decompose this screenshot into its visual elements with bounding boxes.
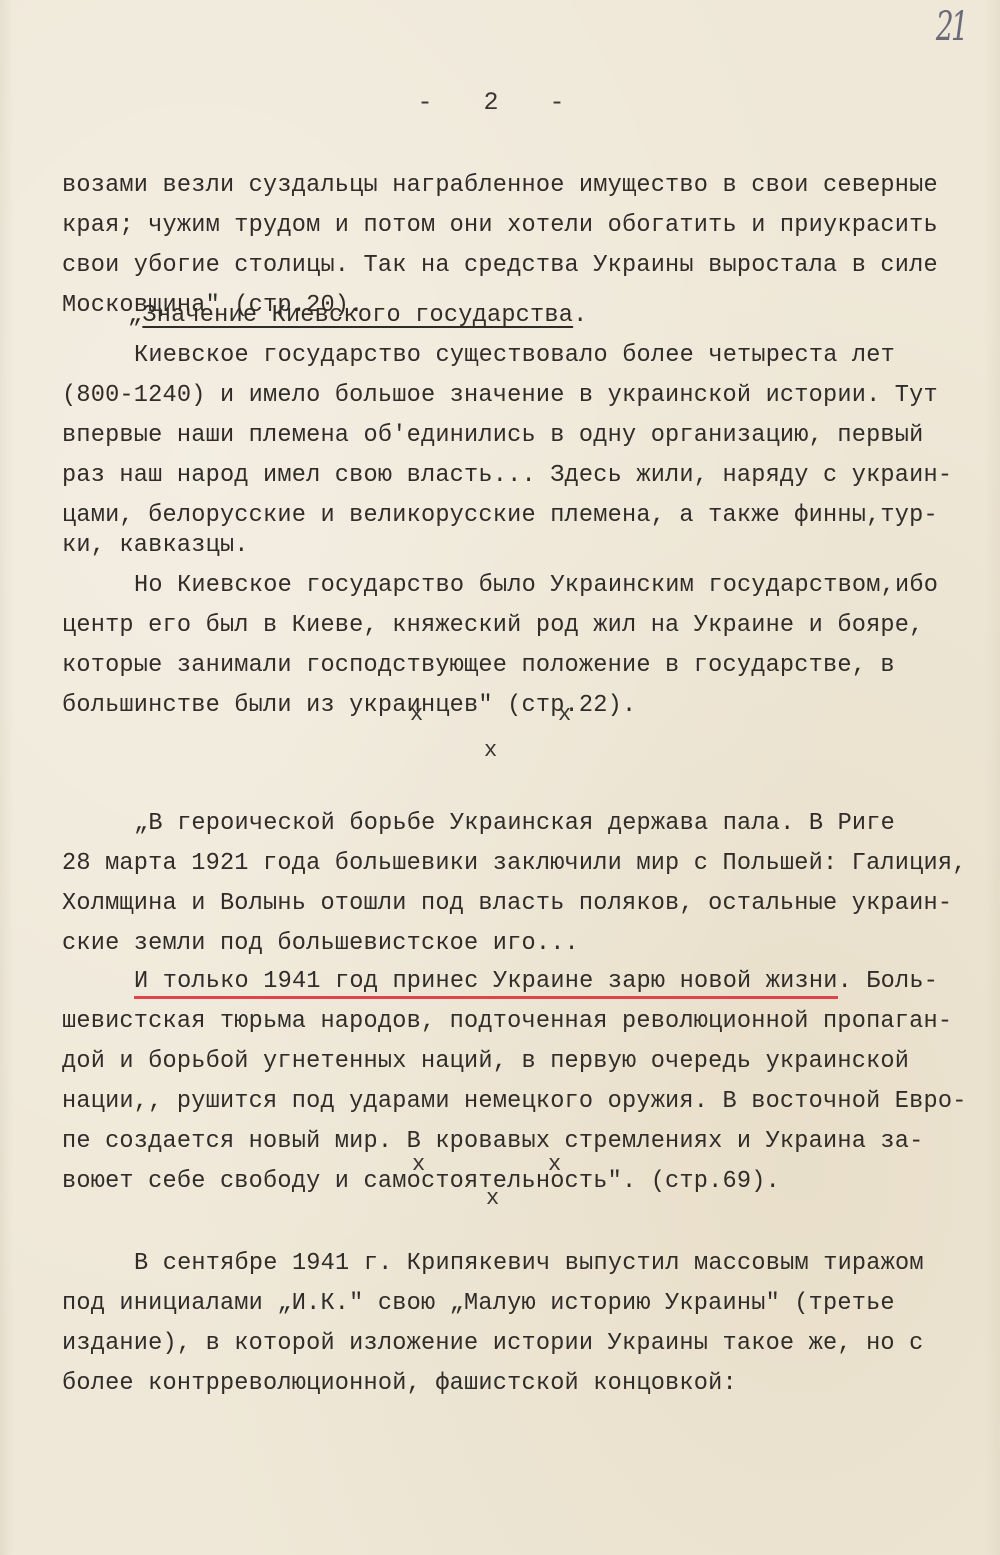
archive-folio-number: 21 (936, 4, 966, 50)
text-line: ские земли под большевистское иго... (62, 928, 579, 960)
separator-mark: х (412, 1152, 425, 1177)
text-line: нации,, рушится под ударами немецкого ор… (62, 1086, 967, 1118)
highlighted-line: И только 1941 год принес Украине зарю но… (134, 966, 938, 998)
text-line: издание), в которой изложение истории Ук… (62, 1328, 924, 1360)
section-heading: „Значение Киевского государства. (128, 300, 587, 332)
document-page: 21 - 2 - возами везли суздальцы награбле… (0, 0, 1000, 1555)
text-line: впервые наши племена об'единились в одну… (62, 420, 924, 452)
separator-mark: х (484, 738, 497, 763)
text-line: которые занимали господствующее положени… (62, 650, 895, 682)
text-line: Но Киевское государство было Украинским … (134, 570, 938, 602)
text-line: возами везли суздальцы награбленное имущ… (62, 170, 938, 202)
heading-underlined-text: Значение Киевского государства (142, 302, 573, 329)
text-line: В сентябре 1941 г. Крипякевич выпустил м… (134, 1248, 924, 1280)
red-pencil-underline: И только 1941 год принес Украине зарю но… (134, 968, 838, 999)
text-line: 28 марта 1921 года большевики заключили … (62, 848, 967, 880)
text-line: пе создается новый мир. В кровавых стрем… (62, 1126, 924, 1158)
text-line: более контрреволюционной, фашистской кон… (62, 1368, 737, 1400)
text-line: свои убогие столицы. Так на средства Укр… (62, 250, 938, 282)
text-line: (800-1240) и имело большое значение в ук… (62, 380, 938, 412)
text-line: „В героической борьбе Украинская держава… (134, 808, 895, 840)
text-line: Киевское государство существовало более … (134, 340, 895, 372)
separator-mark: х (558, 702, 571, 727)
separator-mark: х (410, 702, 423, 727)
text-line: цами, белорусские и великорусские племен… (62, 500, 938, 532)
text-line: шевистская тюрьма народов, подточенная р… (62, 1006, 952, 1038)
text-line: большинстве были из украинцев" (стр.22). (62, 690, 636, 722)
page-number: - 2 - (0, 88, 1000, 117)
text-line: края; чужим трудом и потом они хотели об… (62, 210, 938, 242)
separator-mark: х (486, 1186, 499, 1211)
text-line: раз наш народ имел свою власть... Здесь … (62, 460, 952, 492)
separator-mark: х (548, 1152, 561, 1177)
text-line: под инициалами „И.К." свою „Малую истори… (62, 1288, 895, 1320)
text-line: дой и борьбой угнетенных наций, в первую… (62, 1046, 909, 1078)
text-line: ки, кавказцы. (62, 530, 249, 562)
text-line: Холмщина и Волынь отошли под власть поля… (62, 888, 952, 920)
text-line: центр его был в Киеве, княжеский род жил… (62, 610, 924, 642)
